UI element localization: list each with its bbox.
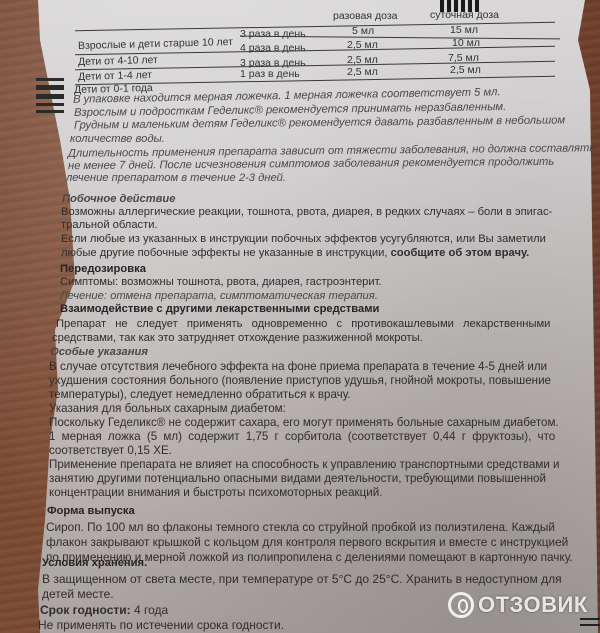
corner-registration-bars — [580, 618, 600, 626]
section-heading: Побочное действие — [62, 193, 175, 205]
section-line: 1 мерная ложка (5 мл) содержит 1,75 г со… — [49, 430, 555, 443]
row-2-group: Дети от 4-10 лет — [78, 54, 158, 68]
table-rule — [75, 22, 555, 31]
intro-line: количестве воды. — [70, 133, 165, 145]
section-line: Симптомы: возможны тошнота, рвота, диаре… — [60, 276, 382, 288]
section-line: средствами, так как это затрудняет отхож… — [52, 332, 423, 344]
row-1-frequency: 3 раза в день — [240, 28, 306, 40]
section-line: тральной области. — [61, 219, 158, 231]
watermark-text: ОТЗОВИК — [478, 592, 588, 618]
section-line: Лечение: отмена препарата, симптоматичес… — [60, 290, 378, 302]
section-heading: Передозировка — [60, 263, 146, 275]
otzovik-watermark: ОТЗОВИК — [448, 592, 588, 618]
row-2-daily: 10 мл — [452, 37, 480, 49]
section-line: детей месте. — [42, 587, 114, 601]
row-2-single: 2,5 мл — [347, 39, 378, 51]
section-heading: Особые указания — [50, 346, 148, 358]
row-1-group: Взрослые и дети старше 10 лет — [78, 36, 233, 52]
section-line: Если любые из указанных в инструкции поб… — [61, 233, 546, 245]
section-line: ухудшения состояния больного (появление … — [49, 374, 551, 387]
intro-line: лечение препаратом в течение 2-3 дней. — [66, 172, 286, 184]
section-line: температуры), следует немедленно обратит… — [49, 388, 351, 401]
section-heading: Взаимодействие с другими лекарственными … — [60, 303, 379, 315]
row-4-frequency: 1 раз в день — [240, 68, 300, 80]
shelf-life-note: Не применять по истечении срока годности… — [38, 618, 284, 632]
section-line: соответствует 0,15 ХЕ. — [49, 444, 172, 457]
section-line: любые другие побочные эффекты не указанн… — [61, 247, 529, 259]
section-subheading: Указания для больных сахарным диабетом: — [49, 402, 286, 415]
section-line: концентрации внимания и быстроты психомо… — [49, 486, 382, 499]
row-1-daily: 15 мл — [450, 24, 478, 36]
shelf-life-line: Срок годности: 4 года — [40, 603, 168, 617]
section-line: В случае отсутствия лечебного эффекта на… — [49, 360, 547, 373]
row-2-frequency: 4 раза в день — [240, 42, 306, 54]
section-line: Возможны аллергические реакции, тошнота,… — [61, 206, 552, 218]
section-line: В защищенном от света месте, при темпера… — [42, 572, 562, 586]
row-3-single: 2,5 мл — [347, 54, 378, 66]
section-heading: Форма выпуска — [47, 505, 135, 517]
leaflet-content: разовая доза суточная доза 3 раза в день… — [0, 0, 600, 633]
section-line: Применение препарата не влияет на способ… — [49, 458, 560, 471]
section-line: Сироп. По 100 мл во флаконы темного стек… — [46, 520, 555, 534]
row-4-daily: 2,5 мл — [450, 64, 481, 76]
section-line: Поскольку Геделикс® не содержит сахара, … — [49, 416, 559, 429]
row-4-single: 2,5 мл — [347, 66, 378, 78]
row-3-group: Дети от 1-4 лет — [78, 69, 152, 83]
section-line: флакон закрывают крышкой с кольцом для к… — [46, 535, 568, 549]
warning-bold-text: сообщите об этом врачу. — [391, 247, 530, 259]
row-1-single: 5 мл — [352, 25, 374, 37]
shelf-life-label: Срок годности: — [40, 603, 131, 617]
section-line-text: любые другие побочные эффекты не указанн… — [61, 247, 391, 259]
header-daily-dose: суточная доза — [430, 9, 499, 21]
shelf-life-value: 4 года — [131, 603, 169, 617]
row-3-daily: 7,5 мл — [448, 52, 479, 64]
section-line: Препарат не следует применять одновремен… — [56, 318, 550, 330]
section-heading: Условия хранения. — [42, 557, 147, 569]
header-single-dose: разовая доза — [333, 10, 398, 22]
section-line: занятию другими потенциально опасными ви… — [49, 472, 546, 485]
otzovik-logo-icon — [448, 592, 474, 618]
